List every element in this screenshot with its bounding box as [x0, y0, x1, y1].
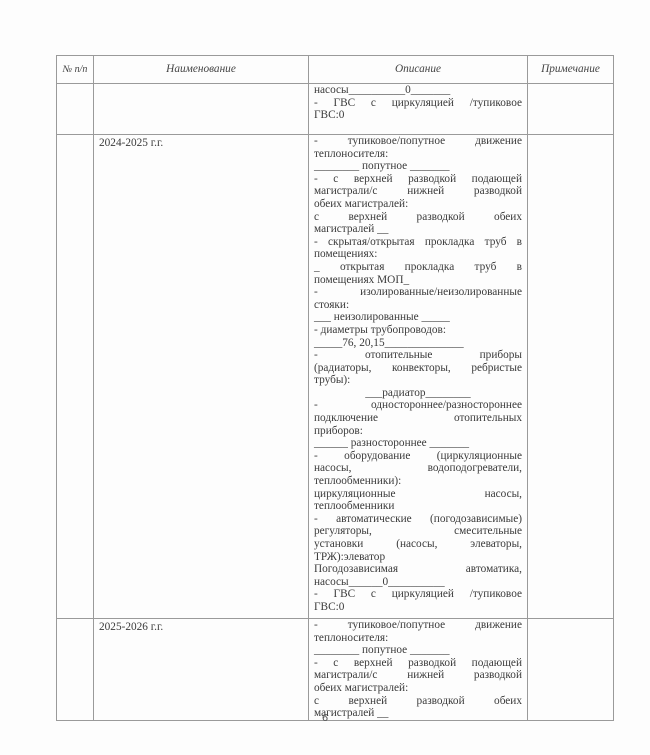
- description-line: _ открытая прокладка труб в: [314, 261, 522, 274]
- description-line: теплоносителя:: [314, 632, 522, 645]
- description-line: ________ попутное _______: [314, 160, 522, 173]
- description-line: трубы):: [314, 374, 522, 387]
- description-line: ________ попутное _______: [314, 644, 522, 657]
- description-line: - ГВС с циркуляцией /тупиковое: [314, 97, 522, 110]
- cell-note: [528, 135, 614, 619]
- table-row: насосы__________0_______- ГВС с циркуляц…: [57, 84, 614, 135]
- description-line: - скрытая/открытая прокладка труб в: [314, 236, 522, 249]
- header-note: Примечание: [528, 56, 614, 84]
- description-line: обеих магистралей:: [314, 682, 522, 695]
- table-row: 2025-2026 г.г.- тупиковое/попутное движе…: [57, 619, 614, 721]
- description-line: магистрали/с нижней разводкой: [314, 185, 522, 198]
- description-line: регуляторы, смесительные: [314, 525, 522, 538]
- header-name: Наименование: [94, 56, 309, 84]
- description-line: ТРЖ):элеватор: [314, 551, 522, 564]
- header-description: Описание: [309, 56, 528, 84]
- description-line: магистралей __: [314, 223, 522, 236]
- header-num: № п/п: [57, 56, 94, 84]
- description-line: насосы__________0_______: [314, 84, 522, 97]
- description-line: ___радиатор________: [314, 387, 522, 400]
- cell-num: [57, 619, 94, 721]
- equipment-table: № п/п Наименование Описание Примечание н…: [56, 55, 614, 721]
- description-line: - тупиковое/попутное движение: [314, 619, 522, 632]
- description-line: с верхней разводкой обеих: [314, 695, 522, 708]
- table-header-row: № п/п Наименование Описание Примечание: [57, 56, 614, 84]
- description-line: - диаметры трубопроводов:: [314, 324, 522, 337]
- description-line: ГВС:0: [314, 109, 522, 122]
- cell-name: 2025-2026 г.г.: [94, 619, 309, 721]
- description-line: приборов:: [314, 425, 522, 438]
- cell-name: 2024-2025 г.г.: [94, 135, 309, 619]
- cell-description: - тупиковое/попутное движениетеплоносите…: [309, 619, 528, 721]
- description-line: теплообменники: [314, 500, 522, 513]
- description-line: насосы______0__________: [314, 576, 522, 589]
- description-line: - с верхней разводкой подающей: [314, 657, 522, 670]
- cell-num: [57, 135, 94, 619]
- description-line: помещениях:: [314, 248, 522, 261]
- description-line: теплообменники):: [314, 475, 522, 488]
- description-line: _____76, 20,15______________: [314, 337, 522, 350]
- description-line: ______ разностороннее _______: [314, 437, 522, 450]
- description-line: - оборудование (циркуляционные: [314, 450, 522, 463]
- description-line: Погодозависимая автоматика,: [314, 563, 522, 576]
- description-line: - отопительные приборы: [314, 349, 522, 362]
- cell-description: насосы__________0_______- ГВС с циркуляц…: [309, 84, 528, 135]
- description-line: (радиаторы, конвекторы, ребристые: [314, 362, 522, 375]
- description-line: - с верхней разводкой подающей: [314, 173, 522, 186]
- description-line: стояки:: [314, 299, 522, 312]
- description-line: - автоматические (погодозависимые): [314, 513, 522, 526]
- description-line: обеих магистралей:: [314, 198, 522, 211]
- description-line: ГВС:0: [314, 601, 522, 614]
- page-number: 6: [0, 713, 650, 724]
- cell-note: [528, 84, 614, 135]
- description-line: - ГВС с циркуляцией /тупиковое: [314, 588, 522, 601]
- description-line: - изолированные/неизолированные: [314, 286, 522, 299]
- cell-note: [528, 619, 614, 721]
- description-line: - одностороннее/разностороннее: [314, 399, 522, 412]
- description-line: циркуляционные насосы,: [314, 488, 522, 501]
- table-row: 2024-2025 г.г.- тупиковое/попутное движе…: [57, 135, 614, 619]
- description-line: - тупиковое/попутное движение: [314, 135, 522, 148]
- description-line: помещениях МОП_: [314, 274, 522, 287]
- description-line: ___ неизолированные _____: [314, 311, 522, 324]
- cell-name: [94, 84, 309, 135]
- description-line: теплоносителя:: [314, 148, 522, 161]
- description-line: магистрали/с нижней разводкой: [314, 669, 522, 682]
- cell-description: - тупиковое/попутное движениетеплоносите…: [309, 135, 528, 619]
- description-line: установки (насосы, элеваторы,: [314, 538, 522, 551]
- description-line: подключение отопительных: [314, 412, 522, 425]
- cell-num: [57, 84, 94, 135]
- description-line: с верхней разводкой обеих: [314, 211, 522, 224]
- description-line: насосы, водоподогреватели,: [314, 462, 522, 475]
